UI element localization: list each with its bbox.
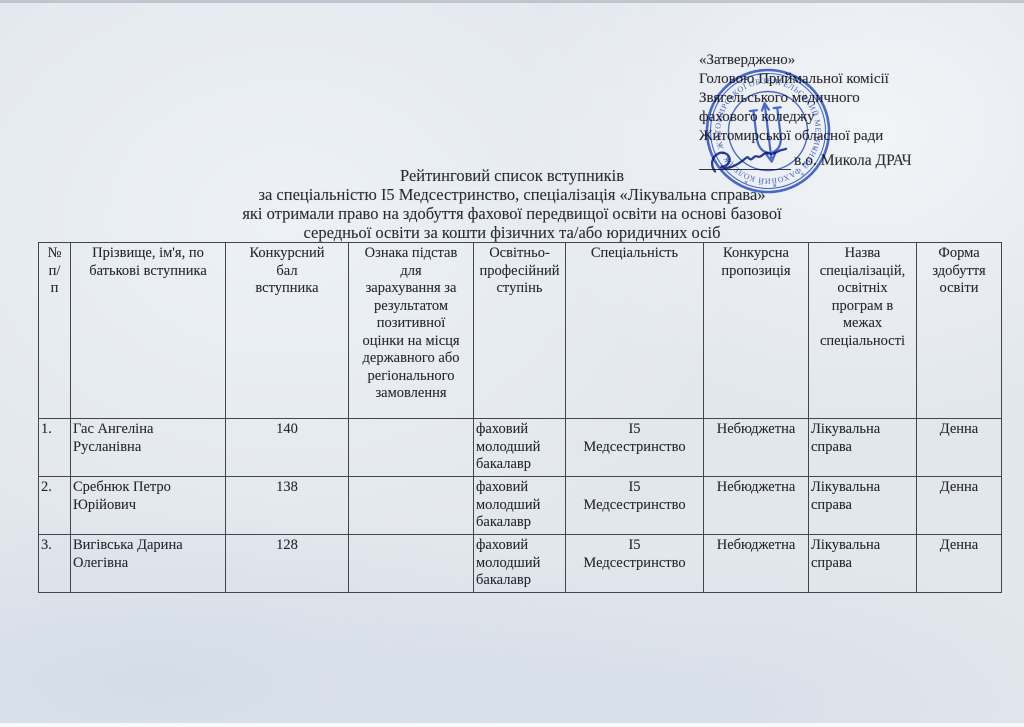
header-proposal: Конкурсна пропозиція — [704, 243, 809, 419]
header-enrollment-basis: Ознака підстав для зарахування за резуль… — [349, 243, 474, 419]
cell-enrollment-basis — [349, 419, 474, 477]
cell-degree: фаховий молодший бакалавр — [474, 477, 566, 535]
cell-degree: фаховий молодший бакалавр — [474, 419, 566, 477]
header-study-form: Форма здобуття освіти — [917, 243, 1002, 419]
document-title: Рейтинговий список вступників за спеціал… — [0, 166, 1024, 242]
cell-proposal: Небюджетна — [704, 535, 809, 593]
title-line: Рейтинговий список вступників — [0, 166, 1024, 185]
title-line: середньої освіти за кошти фізичних та/аб… — [0, 223, 1024, 242]
cell-score: 140 — [226, 419, 349, 477]
cell-number: 1. — [39, 419, 71, 477]
cell-proposal: Небюджетна — [704, 477, 809, 535]
cell-specialty: І5 Медсестринство — [566, 419, 704, 477]
cell-specialization: Лікувальна справа — [809, 477, 917, 535]
title-line: за спеціальністю І5 Медсестринство, спец… — [0, 185, 1024, 204]
cell-degree: фаховий молодший бакалавр — [474, 535, 566, 593]
cell-name: Вигівська Дарина Олегівна — [71, 535, 226, 593]
header-specialty: Спеціальність — [566, 243, 704, 419]
cell-name: Гас Ангеліна Русланівна — [71, 419, 226, 477]
cell-number: 3. — [39, 535, 71, 593]
table-row: 3. Вигівська Дарина Олегівна 128 фаховий… — [39, 535, 1002, 593]
cell-specialization: Лікувальна справа — [809, 535, 917, 593]
cell-specialty: І5 Медсестринство — [566, 477, 704, 535]
cell-study-form: Денна — [917, 419, 1002, 477]
header-degree: Освітньо- професійний ступінь — [474, 243, 566, 419]
header-score: Конкурсний бал вступника — [226, 243, 349, 419]
table-header-row: № п/ п Прізвище, ім'я, по батькові вступ… — [39, 243, 1002, 419]
cell-study-form: Денна — [917, 477, 1002, 535]
table-row: 1. Гас Ангеліна Русланівна 140 фаховий м… — [39, 419, 1002, 477]
header-number: № п/ п — [39, 243, 71, 419]
rating-table: № п/ п Прізвище, ім'я, по батькові вступ… — [38, 242, 1002, 593]
table-row: 2. Сребнюк Петро Юрійович 138 фаховий мо… — [39, 477, 1002, 535]
cell-score: 128 — [226, 535, 349, 593]
cell-study-form: Денна — [917, 535, 1002, 593]
cell-enrollment-basis — [349, 535, 474, 593]
header-full-name: Прізвище, ім'я, по батькові вступника — [71, 243, 226, 419]
cell-proposal: Небюджетна — [704, 419, 809, 477]
scan-edge-bottom — [0, 723, 1024, 727]
cell-name: Сребнюк Петро Юрійович — [71, 477, 226, 535]
header-specialization: Назва спеціалізацій, освітніх програм в … — [809, 243, 917, 419]
cell-score: 138 — [226, 477, 349, 535]
scanned-page: «Затверджено» Головою Приймальної комісі… — [0, 0, 1024, 727]
cell-specialization: Лікувальна справа — [809, 419, 917, 477]
cell-number: 2. — [39, 477, 71, 535]
cell-specialty: І5 Медсестринство — [566, 535, 704, 593]
title-line: які отримали право на здобуття фахової п… — [0, 204, 1024, 223]
cell-enrollment-basis — [349, 477, 474, 535]
scan-edge-top — [0, 0, 1024, 3]
